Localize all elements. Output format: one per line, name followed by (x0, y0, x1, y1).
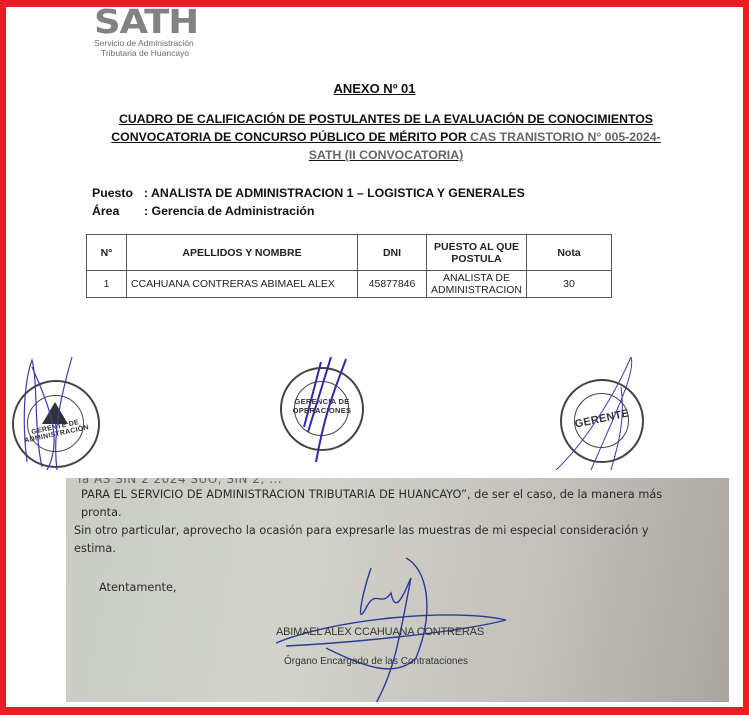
signer-role: Órgano Encargado de las Contrataciones (284, 656, 468, 667)
signature-legal (546, 352, 646, 472)
puesto-value: : ANALISTA DE ADMINISTRACION 1 – LOGISTI… (144, 186, 525, 200)
signature-applicant (256, 548, 536, 702)
paragraph-1-line-1: PARA EL SERVICIO DE ADMINISTRACION TRIBU… (81, 486, 662, 504)
col-grade: Nota (527, 235, 612, 271)
area-label: Área (92, 202, 144, 220)
cell-position: ANALISTA DE ADMINISTRACION (427, 271, 527, 298)
title-line-3: SATH (II CONVOCATORIA) (86, 146, 686, 164)
col-name: APELLIDOS Y NOMBRE (127, 235, 358, 271)
paragraph-1-line-2: pronta. (81, 504, 122, 522)
paragraph-2-line-2: estima. (74, 540, 116, 558)
cell-name: CCAHUANA CONTRERAS ABIMAEL ALEX (127, 271, 358, 298)
logo-mark: SATH (94, 5, 198, 38)
signer-name: ABIMAEL ALEX CCAHUANA CONTRERAS (276, 626, 484, 638)
document-title: CUADRO DE CALIFICACIÓN DE POSTULANTES DE… (86, 110, 686, 164)
col-position: PUESTO AL QUE POSTULA (427, 235, 527, 271)
logo-subtitle-2: Tributaria de Huancayo (101, 48, 224, 58)
cut-off-line: la AS SIN 2 2024 SUO, SIN 2, ... (78, 478, 282, 486)
title-line-2-main: CONVOCATORIA DE CONCURSO PÚBLICO DE MÉRI… (111, 130, 467, 144)
letter-photo: la AS SIN 2 2024 SUO, SIN 2, ... PARA EL… (66, 478, 729, 702)
area-value: : Gerencia de Administración (144, 204, 314, 218)
annex-title: ANEXO Nº 01 (6, 81, 743, 96)
cell-dni: 45877846 (358, 271, 427, 298)
puesto-label: Puesto (92, 184, 144, 202)
table-row: 1 CCAHUANA CONTRERAS ABIMAEL ALEX 458778… (87, 271, 612, 298)
title-line-2: CONVOCATORIA DE CONCURSO PÚBLICO DE MÉRI… (86, 128, 686, 146)
col-number: N° (87, 235, 127, 271)
title-line-1: CUADRO DE CALIFICACIÓN DE POSTULANTES DE… (86, 110, 686, 128)
position-info: Puesto: ANALISTA DE ADMINISTRACION 1 – L… (92, 184, 525, 220)
paragraph-2-line-1: Sin otro particular, aprovecho la ocasió… (74, 522, 649, 540)
signature-administration (12, 352, 92, 472)
closing: Atentamente, (99, 579, 177, 597)
document-page: SATH Servicio de Administración Tributar… (6, 7, 743, 707)
col-dni: DNI (358, 235, 427, 271)
table-header-row: N° APELLIDOS Y NOMBRE DNI PUESTO AL QUE … (87, 235, 612, 271)
cell-grade: 30 (527, 271, 612, 298)
results-table: N° APELLIDOS Y NOMBRE DNI PUESTO AL QUE … (86, 234, 612, 298)
cell-number: 1 (87, 271, 127, 298)
title-line-2-grey: CAS TRANISTORIO N° 005-2024- (470, 130, 661, 144)
signature-operations (296, 357, 356, 467)
sath-logo: SATH Servicio de Administración Tributar… (94, 5, 224, 58)
